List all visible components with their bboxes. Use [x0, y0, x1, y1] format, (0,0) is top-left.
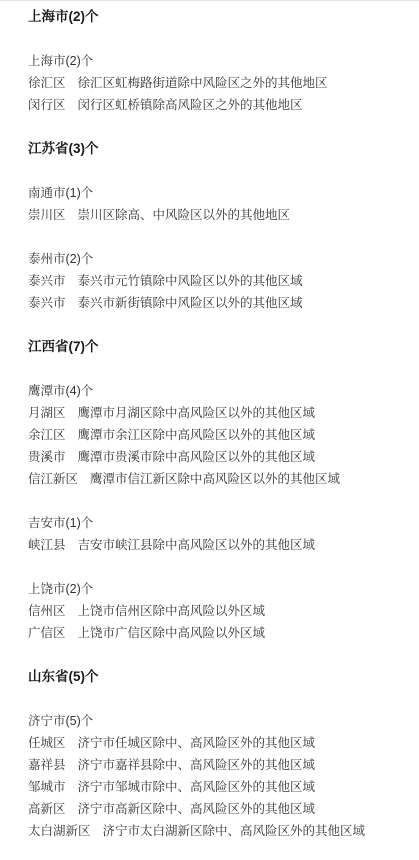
area-description: 济宁市高新区除中、高风险区外的其他区域 — [78, 798, 316, 820]
province-section: 江西省(7)个 鹰潭市(4)个 月湖区 鹰潭市月湖区除中高风险区以外的其他区域 … — [28, 336, 395, 644]
risk-area-row: 太白湖新区 济宁市太白湖新区除中、高风险区外的其他区域 — [28, 820, 395, 842]
group-rows: 月湖区 鹰潭市月湖区除中高风险区以外的其他区域 余江区 鹰潭市余江区除中高风险区… — [28, 402, 395, 490]
area-description: 济宁市任城区除中、高风险区外的其他区域 — [78, 732, 316, 754]
region-name: 邹城市 — [28, 776, 66, 798]
city-group-title: 上海市(2)个 — [28, 50, 395, 72]
area-description: 上饶市信州区除中高风险以外区域 — [78, 600, 266, 622]
province-section: 山东省(5)个 济宁市(5)个 任城区 济宁市任城区除中、高风险区外的其他区域 … — [28, 666, 395, 842]
region-name: 太白湖新区 — [28, 820, 91, 842]
risk-area-row: 高新区 济宁市高新区除中、高风险区外的其他区域 — [28, 798, 395, 820]
city-group-title: 泰州市(2)个 — [28, 248, 395, 270]
region-name: 月湖区 — [28, 402, 66, 424]
province-section: 江苏省(3)个 南通市(1)个 崇川区 崇川区除高、中风险区以外的其他地区 泰州… — [28, 138, 395, 314]
risk-area-row: 泰兴市 泰兴市新街镇除中风险区以外的其他区域 — [28, 292, 395, 314]
city-group: 鹰潭市(4)个 月湖区 鹰潭市月湖区除中高风险区以外的其他区域 余江区 鹰潭市余… — [28, 380, 395, 490]
region-name: 高新区 — [28, 798, 66, 820]
region-name: 广信区 — [28, 622, 66, 644]
province-section: 上海市(2)个 上海市(2)个 徐汇区 徐汇区虹梅路街道除中风险区之外的其他地区… — [28, 6, 395, 116]
risk-area-document: 上海市(2)个 上海市(2)个 徐汇区 徐汇区虹梅路街道除中风险区之外的其他地区… — [0, 1, 419, 842]
region-name: 峡江县 — [28, 534, 66, 556]
risk-area-row: 嘉祥县 济宁市嘉祥县除中、高风险区外的其他区域 — [28, 754, 395, 776]
group-rows: 信州区 上饶市信州区除中高风险以外区域 广信区 上饶市广信区除中高风险以外区域 — [28, 600, 395, 644]
region-name: 闵行区 — [28, 94, 66, 116]
province-title: 江西省(7)个 — [28, 336, 395, 358]
province-groups: 上海市(2)个 徐汇区 徐汇区虹梅路街道除中风险区之外的其他地区 闵行区 闵行区… — [28, 50, 395, 116]
area-description: 上饶市广信区除中高风险以外区域 — [78, 622, 266, 644]
risk-area-row: 崇川区 崇川区除高、中风险区以外的其他地区 — [28, 204, 395, 226]
group-rows: 峡江县 吉安市峡江县除中高风险区以外的其他区域 — [28, 534, 395, 556]
area-description: 吉安市峡江县除中高风险区以外的其他区域 — [78, 534, 316, 556]
province-title: 山东省(5)个 — [28, 666, 395, 688]
risk-area-row: 广信区 上饶市广信区除中高风险以外区域 — [28, 622, 395, 644]
region-name: 贵溪市 — [28, 446, 66, 468]
risk-area-row: 信州区 上饶市信州区除中高风险以外区域 — [28, 600, 395, 622]
city-group-title: 上饶市(2)个 — [28, 578, 395, 600]
province-groups: 南通市(1)个 崇川区 崇川区除高、中风险区以外的其他地区 泰州市(2)个 泰兴… — [28, 182, 395, 314]
city-group: 上饶市(2)个 信州区 上饶市信州区除中高风险以外区域 广信区 上饶市广信区除中… — [28, 578, 395, 644]
city-group-title: 济宁市(5)个 — [28, 710, 395, 732]
group-rows: 泰兴市 泰兴市元竹镇除中风险区以外的其他区域 泰兴市 泰兴市新街镇除中风险区以外… — [28, 270, 395, 314]
province-groups: 济宁市(5)个 任城区 济宁市任城区除中、高风险区外的其他区域 嘉祥县 济宁市嘉… — [28, 710, 395, 842]
risk-area-row: 余江区 鹰潭市余江区除中高风险区以外的其他区域 — [28, 424, 395, 446]
risk-area-row: 峡江县 吉安市峡江县除中高风险区以外的其他区域 — [28, 534, 395, 556]
region-name: 余江区 — [28, 424, 66, 446]
province-title: 上海市(2)个 — [28, 6, 395, 28]
area-description: 鹰潭市信江新区除中高风险区以外的其他区域 — [90, 468, 340, 490]
group-rows: 徐汇区 徐汇区虹梅路街道除中风险区之外的其他地区 闵行区 闵行区虹桥镇除高风险区… — [28, 72, 395, 116]
region-name: 信州区 — [28, 600, 66, 622]
region-name: 徐汇区 — [28, 72, 66, 94]
city-group: 泰州市(2)个 泰兴市 泰兴市元竹镇除中风险区以外的其他区域 泰兴市 泰兴市新街… — [28, 248, 395, 314]
city-group: 上海市(2)个 徐汇区 徐汇区虹梅路街道除中风险区之外的其他地区 闵行区 闵行区… — [28, 50, 395, 116]
city-group: 吉安市(1)个 峡江县 吉安市峡江县除中高风险区以外的其他区域 — [28, 512, 395, 556]
area-description: 济宁市太白湖新区除中、高风险区外的其他区域 — [103, 820, 366, 842]
area-description: 泰兴市元竹镇除中风险区以外的其他区域 — [78, 270, 303, 292]
region-name: 崇川区 — [28, 204, 66, 226]
risk-area-row: 任城区 济宁市任城区除中、高风险区外的其他区域 — [28, 732, 395, 754]
city-group: 南通市(1)个 崇川区 崇川区除高、中风险区以外的其他地区 — [28, 182, 395, 226]
region-name: 嘉祥县 — [28, 754, 66, 776]
risk-area-row: 信江新区 鹰潭市信江新区除中高风险区以外的其他区域 — [28, 468, 395, 490]
area-description: 崇川区除高、中风险区以外的其他地区 — [78, 204, 291, 226]
region-name: 泰兴市 — [28, 270, 66, 292]
city-group-title: 吉安市(1)个 — [28, 512, 395, 534]
risk-area-row: 闵行区 闵行区虹桥镇除高风险区之外的其他地区 — [28, 94, 395, 116]
area-description: 鹰潭市月湖区除中高风险区以外的其他区域 — [78, 402, 316, 424]
region-name: 信江新区 — [28, 468, 78, 490]
area-description: 鹰潭市贵溪市除中高风险区以外的其他区域 — [78, 446, 316, 468]
group-rows: 崇川区 崇川区除高、中风险区以外的其他地区 — [28, 204, 395, 226]
risk-area-row: 月湖区 鹰潭市月湖区除中高风险区以外的其他区域 — [28, 402, 395, 424]
area-description: 徐汇区虹梅路街道除中风险区之外的其他地区 — [78, 72, 328, 94]
city-group-title: 鹰潭市(4)个 — [28, 380, 395, 402]
risk-area-row: 徐汇区 徐汇区虹梅路街道除中风险区之外的其他地区 — [28, 72, 395, 94]
area-description: 泰兴市新街镇除中风险区以外的其他区域 — [78, 292, 303, 314]
area-description: 济宁市邹城市除中、高风险区外的其他区域 — [78, 776, 316, 798]
group-rows: 任城区 济宁市任城区除中、高风险区外的其他区域 嘉祥县 济宁市嘉祥县除中、高风险… — [28, 732, 395, 842]
province-title: 江苏省(3)个 — [28, 138, 395, 160]
region-name: 任城区 — [28, 732, 66, 754]
risk-area-row: 邹城市 济宁市邹城市除中、高风险区外的其他区域 — [28, 776, 395, 798]
city-group-title: 南通市(1)个 — [28, 182, 395, 204]
region-name: 泰兴市 — [28, 292, 66, 314]
area-description: 闵行区虹桥镇除高风险区之外的其他地区 — [78, 94, 303, 116]
province-groups: 鹰潭市(4)个 月湖区 鹰潭市月湖区除中高风险区以外的其他区域 余江区 鹰潭市余… — [28, 380, 395, 644]
area-description: 鹰潭市余江区除中高风险区以外的其他区域 — [78, 424, 316, 446]
city-group: 济宁市(5)个 任城区 济宁市任城区除中、高风险区外的其他区域 嘉祥县 济宁市嘉… — [28, 710, 395, 842]
risk-area-row: 贵溪市 鹰潭市贵溪市除中高风险区以外的其他区域 — [28, 446, 395, 468]
area-description: 济宁市嘉祥县除中、高风险区外的其他区域 — [78, 754, 316, 776]
risk-area-row: 泰兴市 泰兴市元竹镇除中风险区以外的其他区域 — [28, 270, 395, 292]
